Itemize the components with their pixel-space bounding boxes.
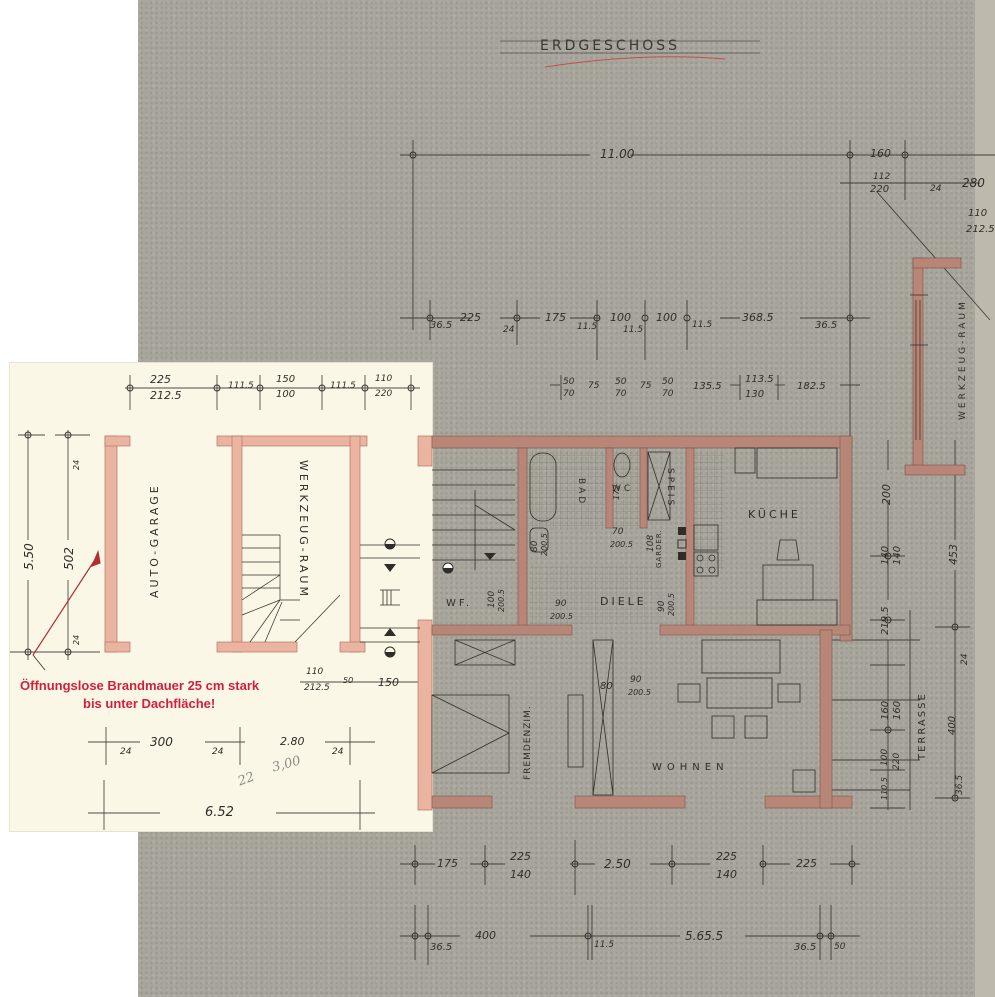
- room-label-kueche: KÜCHE: [748, 508, 801, 521]
- dim-bottom2-3: 5.65.5: [685, 929, 723, 943]
- dim-bottom1-2: 140: [510, 868, 531, 881]
- dim-garage-top-4: 100: [276, 389, 295, 400]
- dim-row2-6: 50: [662, 377, 673, 387]
- dim-row1-2: 24: [503, 325, 514, 335]
- dim-diele-door-w: 90: [555, 599, 566, 609]
- room-label-garderobe: GARDER.: [655, 529, 663, 568]
- room-label-fremdenzimmer: FREMDENZIM.: [523, 705, 533, 780]
- dim-row1-6: 11.5: [623, 325, 643, 335]
- room-label-werkzeugraum-right: WERKZEUG-RAUM: [958, 299, 968, 420]
- dim-top-right-edge: 280: [962, 176, 985, 190]
- dim-bad-window-w: 80: [530, 541, 540, 552]
- dim-right-10: 24: [960, 654, 970, 665]
- dim-row2-4: 70: [615, 389, 626, 399]
- dim-right-1: 140: [880, 546, 891, 565]
- dim-row1-10: 36.5: [815, 320, 837, 331]
- dim-gard-door-w: 70: [612, 527, 623, 537]
- dim-row2-5: 75: [640, 381, 651, 391]
- dim-row2-7: 70: [662, 389, 673, 399]
- dim-top-right: 160: [870, 147, 891, 160]
- room-label-diele: DIELE: [600, 595, 647, 608]
- dim-bottom1-4: 225: [716, 850, 737, 863]
- dim-garage-top-7: 220: [375, 389, 392, 399]
- dim-garage-top-5: 111.5: [330, 381, 356, 391]
- dim-row1-5: 100: [610, 311, 631, 324]
- dim-wohnen-door-w: 90: [630, 675, 641, 685]
- room-label-garage: AUTO-GARAGE: [148, 483, 161, 598]
- dim-top-right-c: 24: [930, 184, 941, 194]
- dim-garage-bottom2-0: 300: [150, 735, 173, 749]
- dim-row2-8: 135.5: [693, 381, 722, 392]
- dim-garage-bottom-1: 212.5: [304, 683, 330, 693]
- dim-row1-3: 175: [545, 311, 566, 324]
- dim-right-0: 200: [880, 484, 893, 505]
- dim-bottom2-0: 36.5: [430, 942, 452, 953]
- dim-bottom2-2: 11.5: [594, 940, 614, 950]
- dim-wf-door-h: 200.5: [497, 589, 506, 612]
- dim-row2-10: 130: [745, 389, 764, 400]
- dim-right-9: 453: [947, 544, 960, 565]
- dim-wf-door-w: 100: [487, 591, 497, 608]
- dim-garage-left-wall-top: 24: [72, 460, 81, 470]
- dim-wc-door: 172: [612, 485, 621, 500]
- firewall-stamp-line1: Öffnungslose Brandmauer 25 cm stark: [20, 678, 259, 693]
- dim-diele-door-h: 200.5: [550, 612, 573, 621]
- dim-garage-bottom2-2: 24: [212, 747, 223, 757]
- dim-garage-top-2: 111.5: [228, 381, 254, 391]
- room-label-bad: BAD: [576, 478, 586, 506]
- dim-row2-0: 50: [563, 377, 574, 387]
- dim-right-6: 100: [880, 749, 890, 766]
- dim-row1-1: 225: [460, 311, 481, 324]
- room-label-wf: WF.: [446, 598, 472, 609]
- dim-overall-width: 11.00: [600, 147, 634, 161]
- dim-top-right-b: 220: [870, 184, 889, 195]
- dim-right-2: 140: [892, 546, 903, 565]
- dim-bottom2-4: 36.5: [794, 942, 816, 953]
- dim-row2-9: 113.5: [745, 374, 774, 385]
- dim-bottom1-5: 140: [716, 868, 737, 881]
- dim-garage-top-6: 110: [375, 374, 392, 384]
- dim-row1-9: 368.5: [742, 311, 774, 324]
- dim-wohnen-door-h: 200.5: [628, 688, 651, 697]
- dim-bottom1-6: 225: [796, 857, 817, 870]
- dim-garage-bottom2-3: 2.80: [280, 735, 305, 748]
- dim-garage-bottom-2: 50: [343, 676, 353, 685]
- dim-garage-bottom-3: 150: [378, 676, 399, 689]
- dim-row1-4: 11.5: [577, 322, 597, 332]
- dim-row1-0: 36.5: [430, 320, 452, 331]
- dim-right-8: 110.5: [880, 777, 889, 800]
- dim-garage-top-3: 150: [276, 374, 295, 385]
- dim-row2-2: 75: [588, 381, 599, 391]
- room-label-speis: SPEIS: [665, 468, 675, 508]
- dim-garderobe: 108: [646, 535, 656, 552]
- dim-kueche-door-w: 90: [657, 601, 667, 612]
- dim-garage-left-inner: 502: [62, 547, 76, 570]
- dim-wohnen-door-a: 80: [600, 681, 613, 692]
- dim-right-11: 400: [947, 716, 958, 735]
- room-label-werkzeugraum-left: WERKZEUG-RAUM: [297, 460, 310, 599]
- dim-kueche-door-h: 200.5: [667, 593, 676, 616]
- dim-garage-bottom2-4: 24: [332, 747, 343, 757]
- dim-garage-bottom-0: 110: [306, 667, 323, 677]
- dim-top-right-a: 112: [873, 172, 890, 182]
- firewall-stamp-line2: bis unter Dachfläche!: [83, 696, 215, 711]
- room-label-wohnen: WOHNEN: [652, 762, 729, 773]
- dim-garage-left-wall-bottom: 24: [72, 635, 81, 645]
- dim-garage-top-1: 212.5: [150, 389, 182, 402]
- dim-bad-window-h: 200.5: [540, 533, 549, 556]
- dim-bottom1-3: 2.50: [604, 857, 631, 871]
- dim-bottom2-1: 400: [475, 929, 496, 942]
- dim-right-5: 160: [892, 701, 903, 720]
- dim-right-3: 219.5: [880, 606, 891, 635]
- dim-row2-1: 70: [563, 389, 574, 399]
- dim-bottom1-0: 175: [437, 857, 458, 870]
- dim-right-12: 36.5: [955, 775, 965, 795]
- dim-garage-overall: 6.52: [205, 805, 234, 820]
- dim-row2-3: 50: [615, 377, 626, 387]
- room-label-terrasse: TERRASSE: [917, 692, 928, 760]
- dim-row2-11: 182.5: [797, 381, 826, 392]
- dim-bottom2-5: 50: [834, 942, 845, 952]
- dim-garage-left-depth: 5.50: [22, 543, 36, 570]
- dim-garage-top-0: 225: [150, 373, 171, 386]
- dim-row1-8: 11.5: [692, 320, 712, 330]
- dim-top-right-small-b: 212.5: [966, 224, 995, 235]
- dim-right-4: 160: [880, 701, 891, 720]
- dim-top-right-small-a: 110: [968, 208, 987, 219]
- plan-title: ERDGESCHOSS: [540, 38, 680, 54]
- dim-right-7: 220: [892, 753, 902, 770]
- dim-gard-door-h: 200.5: [610, 540, 633, 549]
- dim-bottom1-1: 225: [510, 850, 531, 863]
- dim-row1-7: 100: [656, 311, 677, 324]
- dim-garage-bottom2-1: 24: [120, 747, 131, 757]
